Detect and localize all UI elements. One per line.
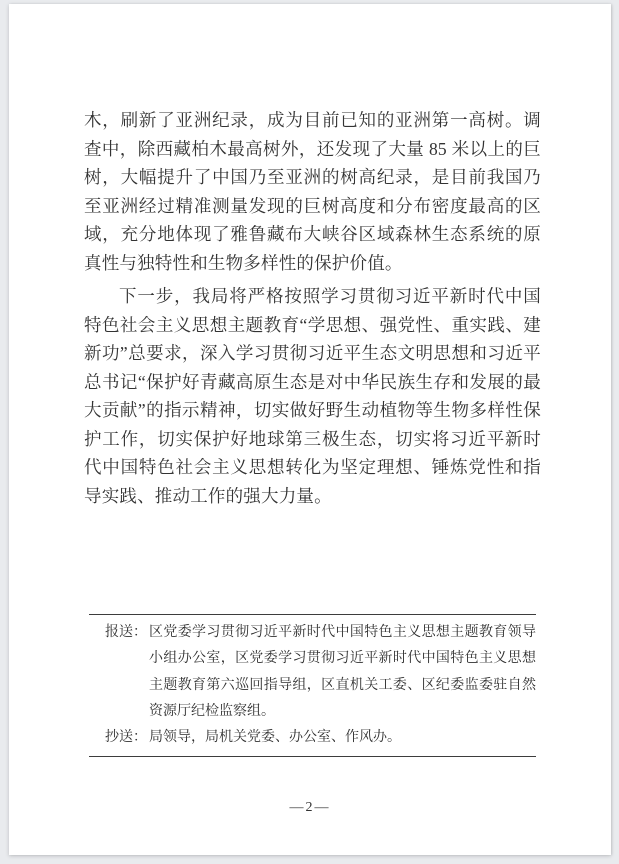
distribution-footer: 报送： 区党委学习贯彻习近平新时代中国特色主义思想主题教育领导小组办公室，区党委… [89,614,536,757]
report-to-text: 区党委学习贯彻习近平新时代中国特色主义思想主题教育领导小组办公室，区党委学习贯彻… [149,620,536,725]
report-to-label: 报送： [105,620,149,725]
copy-to-label: 抄送： [105,725,149,751]
document-page: 木，刷新了亚洲纪录，成为目前已知的亚洲第一高树。调查中，除西藏柏木最高树外，还发… [9,4,611,855]
report-to-row: 报送： 区党委学习贯彻习近平新时代中国特色主义思想主题教育领导小组办公室，区党委… [105,620,536,725]
footer-rows: 报送： 区党委学习贯彻习近平新时代中国特色主义思想主题教育领导小组办公室，区党委… [89,615,536,756]
copy-to-row: 抄送： 局领导，局机关党委、办公室、作风办。 [105,725,536,751]
page-number: —2— [9,800,611,816]
document-body: 木，刷新了亚洲纪录，成为目前已知的亚洲第一高树。调查中，除西藏柏木最高树外，还发… [84,106,541,510]
body-paragraph: 下一步，我局将严格按照学习贯彻习近平新时代中国特色社会主义思想主题教育“学思想、… [84,282,541,510]
footer-bottom-rule [89,756,536,757]
body-paragraph-continuation: 木，刷新了亚洲纪录，成为目前已知的亚洲第一高树。调查中，除西藏柏木最高树外，还发… [84,106,541,277]
copy-to-text: 局领导，局机关党委、办公室、作风办。 [149,725,536,751]
